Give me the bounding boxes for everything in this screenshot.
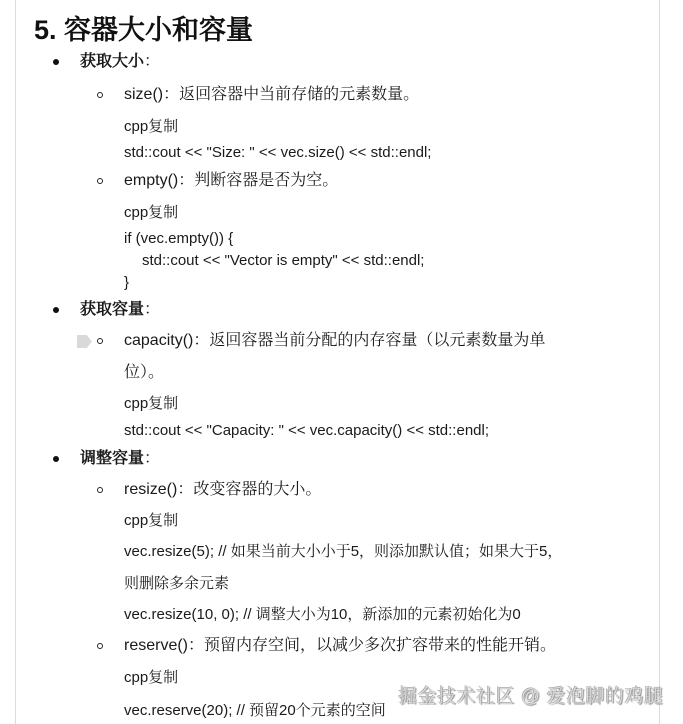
code-line: 则删除多余元素: [124, 574, 229, 594]
code-label[interactable]: cpp复制: [124, 668, 178, 688]
section-heading-adjust-capacity: 调整容量：: [80, 449, 160, 469]
item-capacity: capacity()：返回容器当前分配的内存容量（以元素数量为单: [124, 331, 545, 351]
heading-colon: ：: [144, 53, 160, 70]
code-line: }: [124, 273, 129, 293]
bullet-circle-icon: [97, 643, 103, 649]
code-label[interactable]: cpp复制: [124, 394, 178, 414]
section-heading-get-capacity: 获取容量：: [80, 300, 160, 320]
code-label[interactable]: cpp复制: [124, 203, 178, 223]
page-border-right: [659, 0, 660, 724]
page-border-left: [15, 0, 16, 724]
code-line: std::cout << "Vector is empty" << std::e…: [142, 251, 424, 271]
bullet-circle-icon: [97, 487, 103, 493]
watermark: 掘金技术社区 @ 爱泡脚的鸡腿: [398, 681, 663, 708]
code-line: vec.resize(10, 0); // 调整大小为10，新添加的元素初始化为…: [124, 605, 521, 625]
bullet-circle-icon: [97, 178, 103, 184]
section-heading-get-size: 获取大小：: [80, 52, 160, 72]
item-reserve: reserve()：预留内存空间，以减少多次扩容带来的性能开销。: [124, 636, 556, 656]
code-line: vec.resize(5); // 如果当前大小小于5，则添加默认值；如果大于5…: [124, 542, 562, 562]
item-size: size()：返回容器中当前存储的元素数量。: [124, 85, 419, 105]
heading-colon: ：: [144, 301, 160, 318]
code-line: vec.reserve(20); // 预留20个元素的空间: [124, 701, 386, 721]
code-line: std::cout << "Capacity: " << vec.capacit…: [124, 421, 489, 441]
bullet-dot-icon: [53, 307, 59, 313]
bullet-circle-icon: [97, 338, 103, 344]
item-resize: resize()：改变容器的大小。: [124, 480, 321, 500]
heading-text: 调整容量: [80, 450, 144, 467]
item-capacity-cont: 位）。: [124, 363, 164, 383]
bullet-dot-icon: [53, 456, 59, 462]
code-line: std::cout << "Size: " << vec.size() << s…: [124, 143, 431, 163]
bullet-dot-icon: [53, 59, 59, 65]
section-title: 5. 容器大小和容量: [34, 8, 253, 47]
code-label[interactable]: cpp复制: [124, 511, 178, 531]
drag-handle-icon[interactable]: [77, 335, 92, 348]
code-label[interactable]: cpp复制: [124, 117, 178, 137]
bullet-circle-icon: [97, 92, 103, 98]
heading-text: 获取容量: [80, 301, 144, 318]
heading-colon: ：: [144, 450, 160, 467]
item-empty: empty()：判断容器是否为空。: [124, 171, 338, 191]
heading-text: 获取大小: [80, 53, 144, 70]
code-line: if (vec.empty()) {: [124, 229, 233, 249]
